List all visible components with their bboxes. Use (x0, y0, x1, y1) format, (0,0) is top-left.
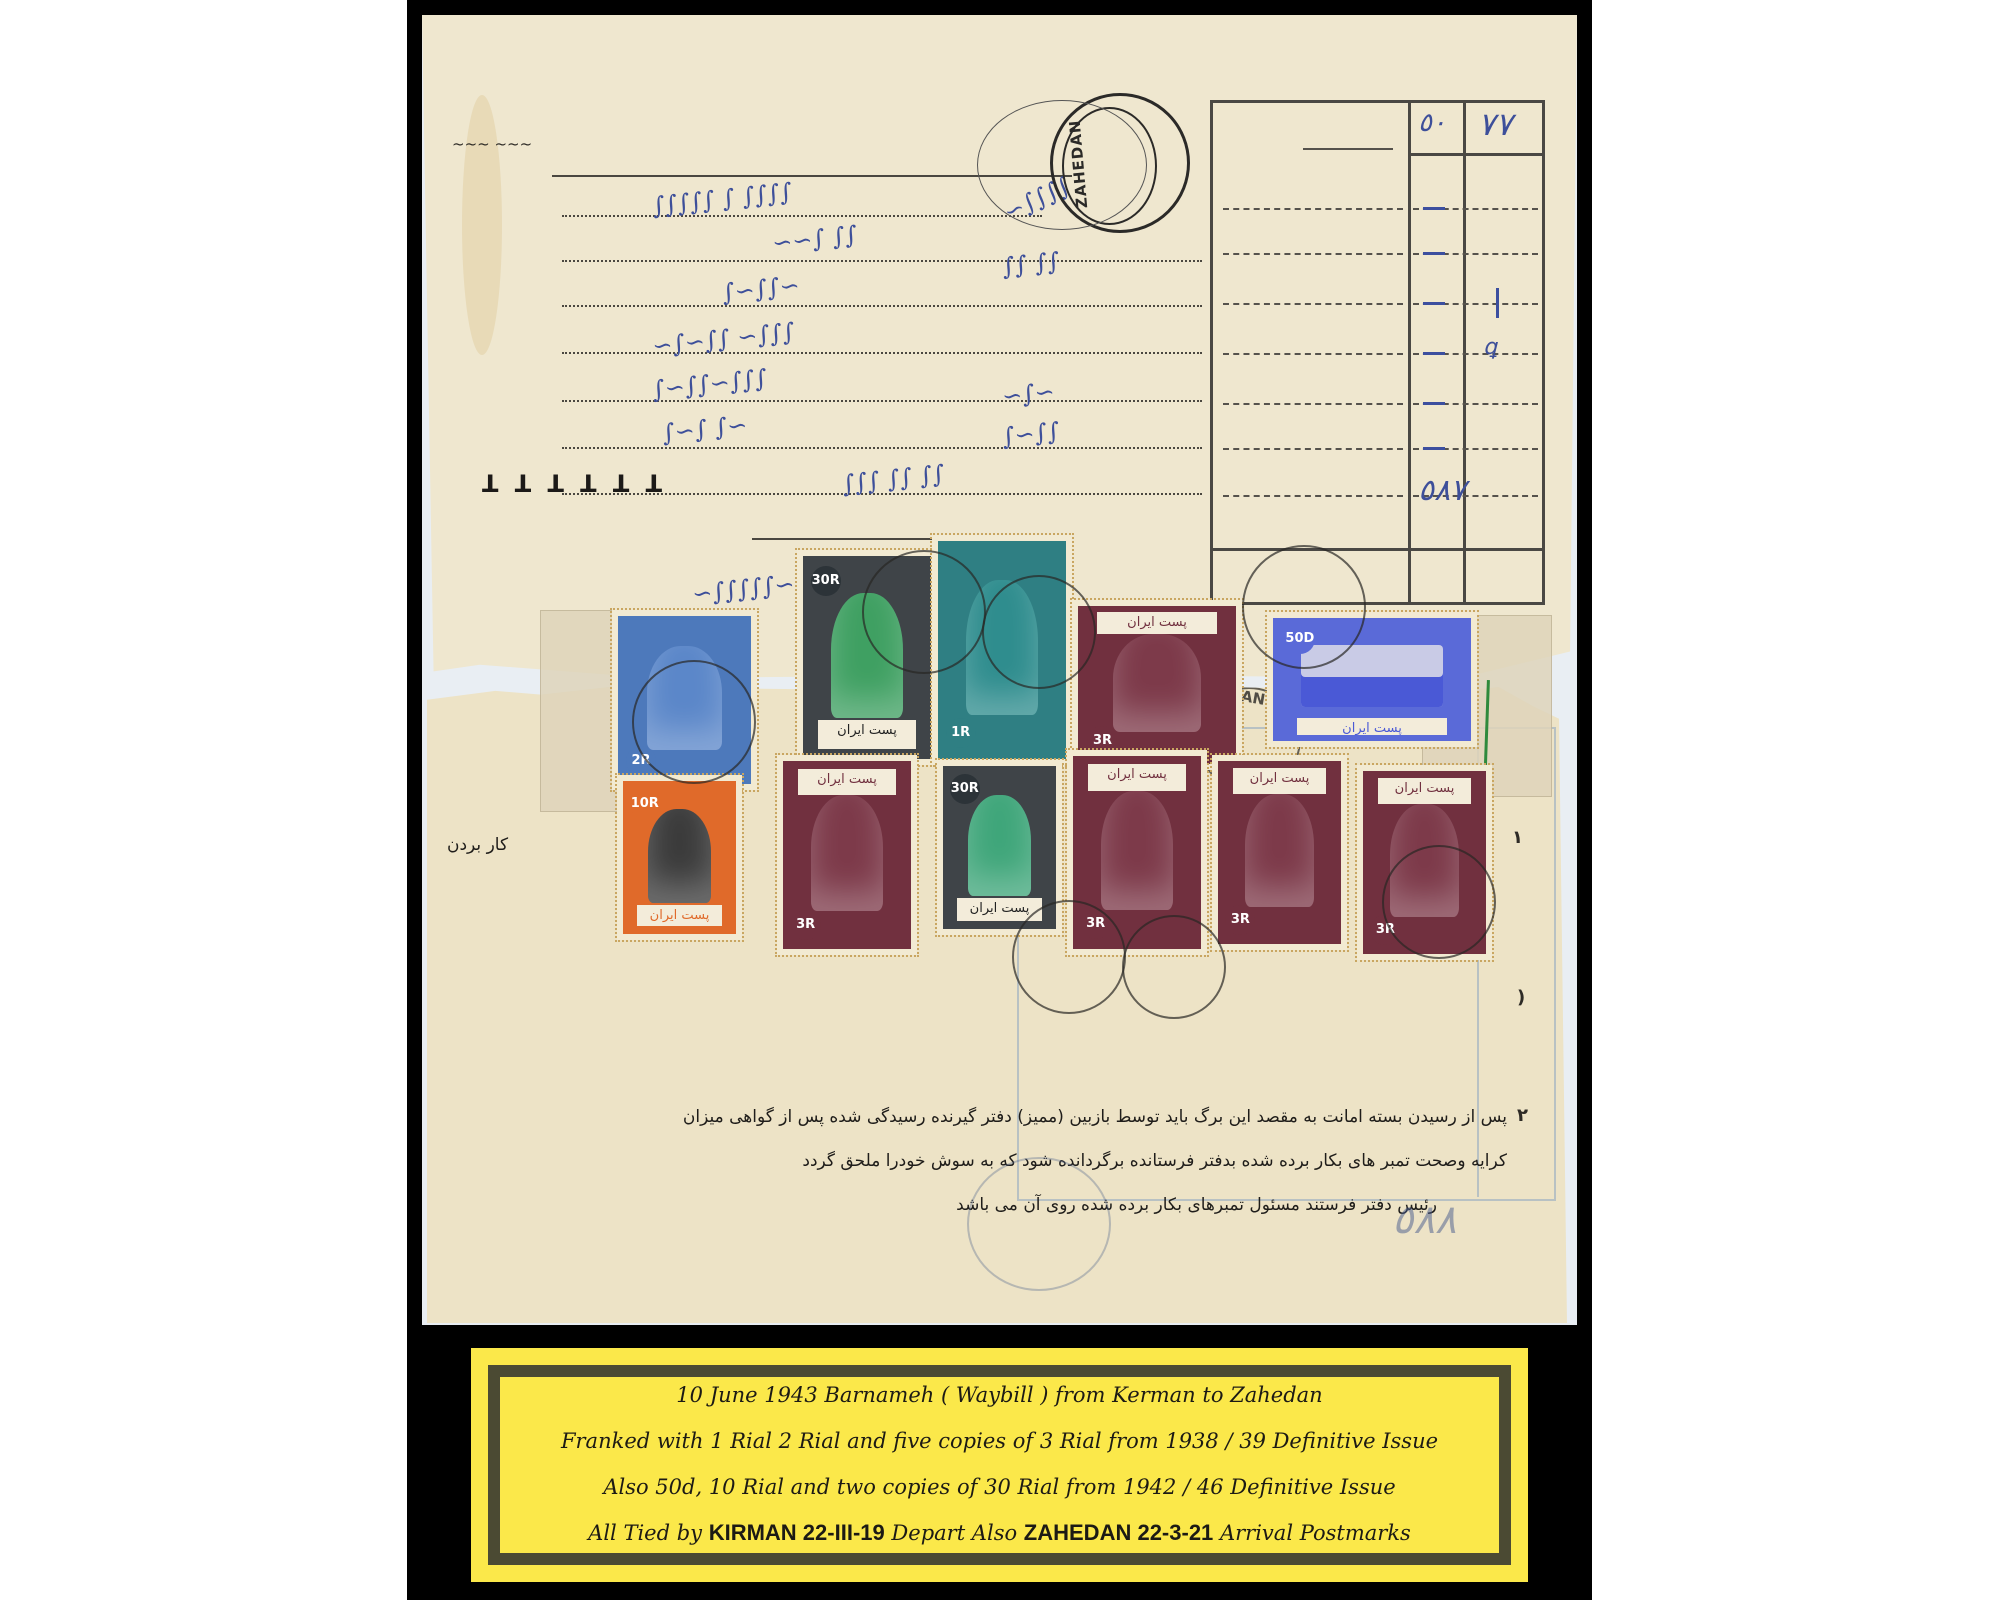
section-number-1: ١ (1512, 827, 1523, 848)
form-line (562, 215, 1042, 217)
caption-box: 10 June 1943 Barnameh ( Waybill ) from K… (471, 1348, 1528, 1582)
table-line (1223, 403, 1403, 405)
cancellation-postmark (862, 550, 986, 674)
table-line (1223, 353, 1403, 355)
stamp-value: 30R (950, 774, 980, 804)
stamp-inscription: پست ایران (1378, 778, 1472, 804)
table-line (1223, 253, 1403, 255)
table-tick (1423, 302, 1445, 305)
stamp-portrait (1101, 791, 1173, 911)
printed-note: کار بردن (447, 835, 508, 855)
postmark-ghost-ring (977, 100, 1147, 230)
stamp-inscription: پست ایران (1233, 768, 1327, 794)
table-line (1223, 448, 1403, 450)
handwriting: ∽∽∫ ∫∫ (771, 221, 859, 258)
stamp-portrait (1245, 794, 1314, 907)
table-tick (1423, 207, 1445, 210)
stamp-inscription: پست ایران (1097, 612, 1217, 634)
section-number-2: ٢ (1517, 1105, 1528, 1126)
stamp-value: 10R (630, 789, 660, 819)
table-total-value: ٥٨٧ (1418, 473, 1466, 508)
cancellation-postmark (982, 575, 1096, 689)
form-label: ~~~ ~~~ (452, 135, 532, 153)
table-tick (1423, 252, 1445, 255)
table-header-value-2: ٧٧ (1478, 105, 1512, 143)
cancellation-postmark (1242, 545, 1366, 669)
cancellation-postmark (1012, 900, 1126, 1014)
stamp-inscription: پست ایران (818, 720, 915, 748)
stamp-3r: 3Rپست ایران (1072, 600, 1242, 770)
stamp-portrait (968, 795, 1031, 896)
table-row-divider (1408, 153, 1542, 156)
handwriting: ∫∽∫∫ (1001, 417, 1061, 451)
fee-table: ٥٠ ٧٧ ꝗ ٥٨٧ (1210, 100, 1545, 605)
table-column-divider (1408, 103, 1411, 602)
faint-handwritten-number: ٥٨٨ (1392, 1197, 1456, 1243)
caption-kirman-postmark: KIRMAN 22-III-19 (709, 1520, 885, 1545)
section-bracket: ( (1517, 987, 1525, 1008)
cancellation-postmark (632, 660, 756, 784)
instruction-line-1: پس از رسیدن بسته امانت به مقصد این برگ ب… (683, 1107, 1507, 1127)
handwriting: ꝗ (1483, 335, 1497, 360)
caption-line-4-pre: All Tied by (588, 1521, 709, 1545)
handwriting: ∫∫ ∫∫ (1001, 247, 1061, 281)
stamp-value: 3R (791, 910, 821, 940)
caption-line-4-mid: Depart Also (885, 1521, 1024, 1545)
table-line (1223, 495, 1403, 497)
form-line (562, 260, 1202, 262)
caption-zahedan-postmark: ZAHEDAN 22-3-21 (1024, 1520, 1214, 1545)
caption-line-4-post: Arrival Postmarks (1213, 1521, 1411, 1545)
stamp-inscription: پست ایران (637, 905, 723, 926)
handwriting: ∽∫∫∫∫∫∽ (691, 570, 796, 609)
waybill-document: ~~~ ~~~ ∫∫∫∫∫ ∫ ∫∫∫∫ ∽∽∫ ∫∫ ∫∽∫∫∽ ∽∫∽∫∫ … (422, 15, 1577, 1325)
stamp-inscription: پست ایران (1297, 718, 1448, 735)
table-line (1303, 148, 1393, 150)
table-line (1223, 208, 1403, 210)
form-line (562, 305, 1202, 307)
cancellation-postmark (1382, 845, 1496, 959)
stain (462, 95, 502, 355)
form-line (562, 447, 1202, 449)
table-tick (1423, 447, 1445, 450)
stamp-inscription: پست ایران (1088, 764, 1185, 791)
stamp-value: 1R (946, 718, 976, 748)
stamp-portrait (648, 809, 711, 904)
handwriting: ∫∽∫∫∽ (721, 271, 801, 307)
caption-line-4: All Tied by KIRMAN 22-III-19 Depart Also… (471, 1510, 1528, 1556)
handwriting: ∫∽∫∫∽∫∫∫ (651, 364, 769, 404)
stamp-3r: 3Rپست ایران (1212, 755, 1347, 950)
stamp-3r: 3Rپست ایران (777, 755, 917, 955)
postmark-faint-blue (967, 1157, 1111, 1291)
table-tick (1423, 352, 1445, 355)
handwriting: ∽∫∽ (1001, 377, 1056, 410)
table-tick (1423, 402, 1445, 405)
table-header-value-1: ٥٠ (1418, 108, 1446, 138)
stamp-portrait (1113, 634, 1202, 732)
cancellation-postmark (1122, 915, 1226, 1019)
stamp-portrait (811, 795, 883, 912)
table-tick (1496, 288, 1499, 318)
handwriting: ∫∫∫∫∫ ∫ ∫∫∫∫ (651, 178, 793, 221)
caption-line-2: Franked with 1 Rial 2 Rial and five copi… (471, 1418, 1528, 1464)
caption-line-3: Also 50d, 10 Rial and two copies of 30 R… (471, 1464, 1528, 1510)
form-rule (752, 538, 942, 540)
caption-text: 10 June 1943 Barnameh ( Waybill ) from K… (471, 1372, 1528, 1556)
table-line (1223, 303, 1403, 305)
handwriting: ∫∽∫ ∫∽ (661, 411, 749, 448)
handwriting-black: ꓕ ꓕ ꓕ ꓕ ꓕ ꓕ (482, 470, 666, 498)
stamp-10r: 10Rپست ایران (617, 775, 742, 940)
instruction-line-2: کرایه وصحت تمبر های بکار برده شده بدفتر … (802, 1151, 1507, 1171)
stamp-value: 30R (811, 566, 841, 596)
table-row-divider (1213, 548, 1542, 551)
caption-line-1: 10 June 1943 Barnameh ( Waybill ) from K… (471, 1372, 1528, 1418)
stamp-inscription: پست ایران (798, 769, 895, 795)
